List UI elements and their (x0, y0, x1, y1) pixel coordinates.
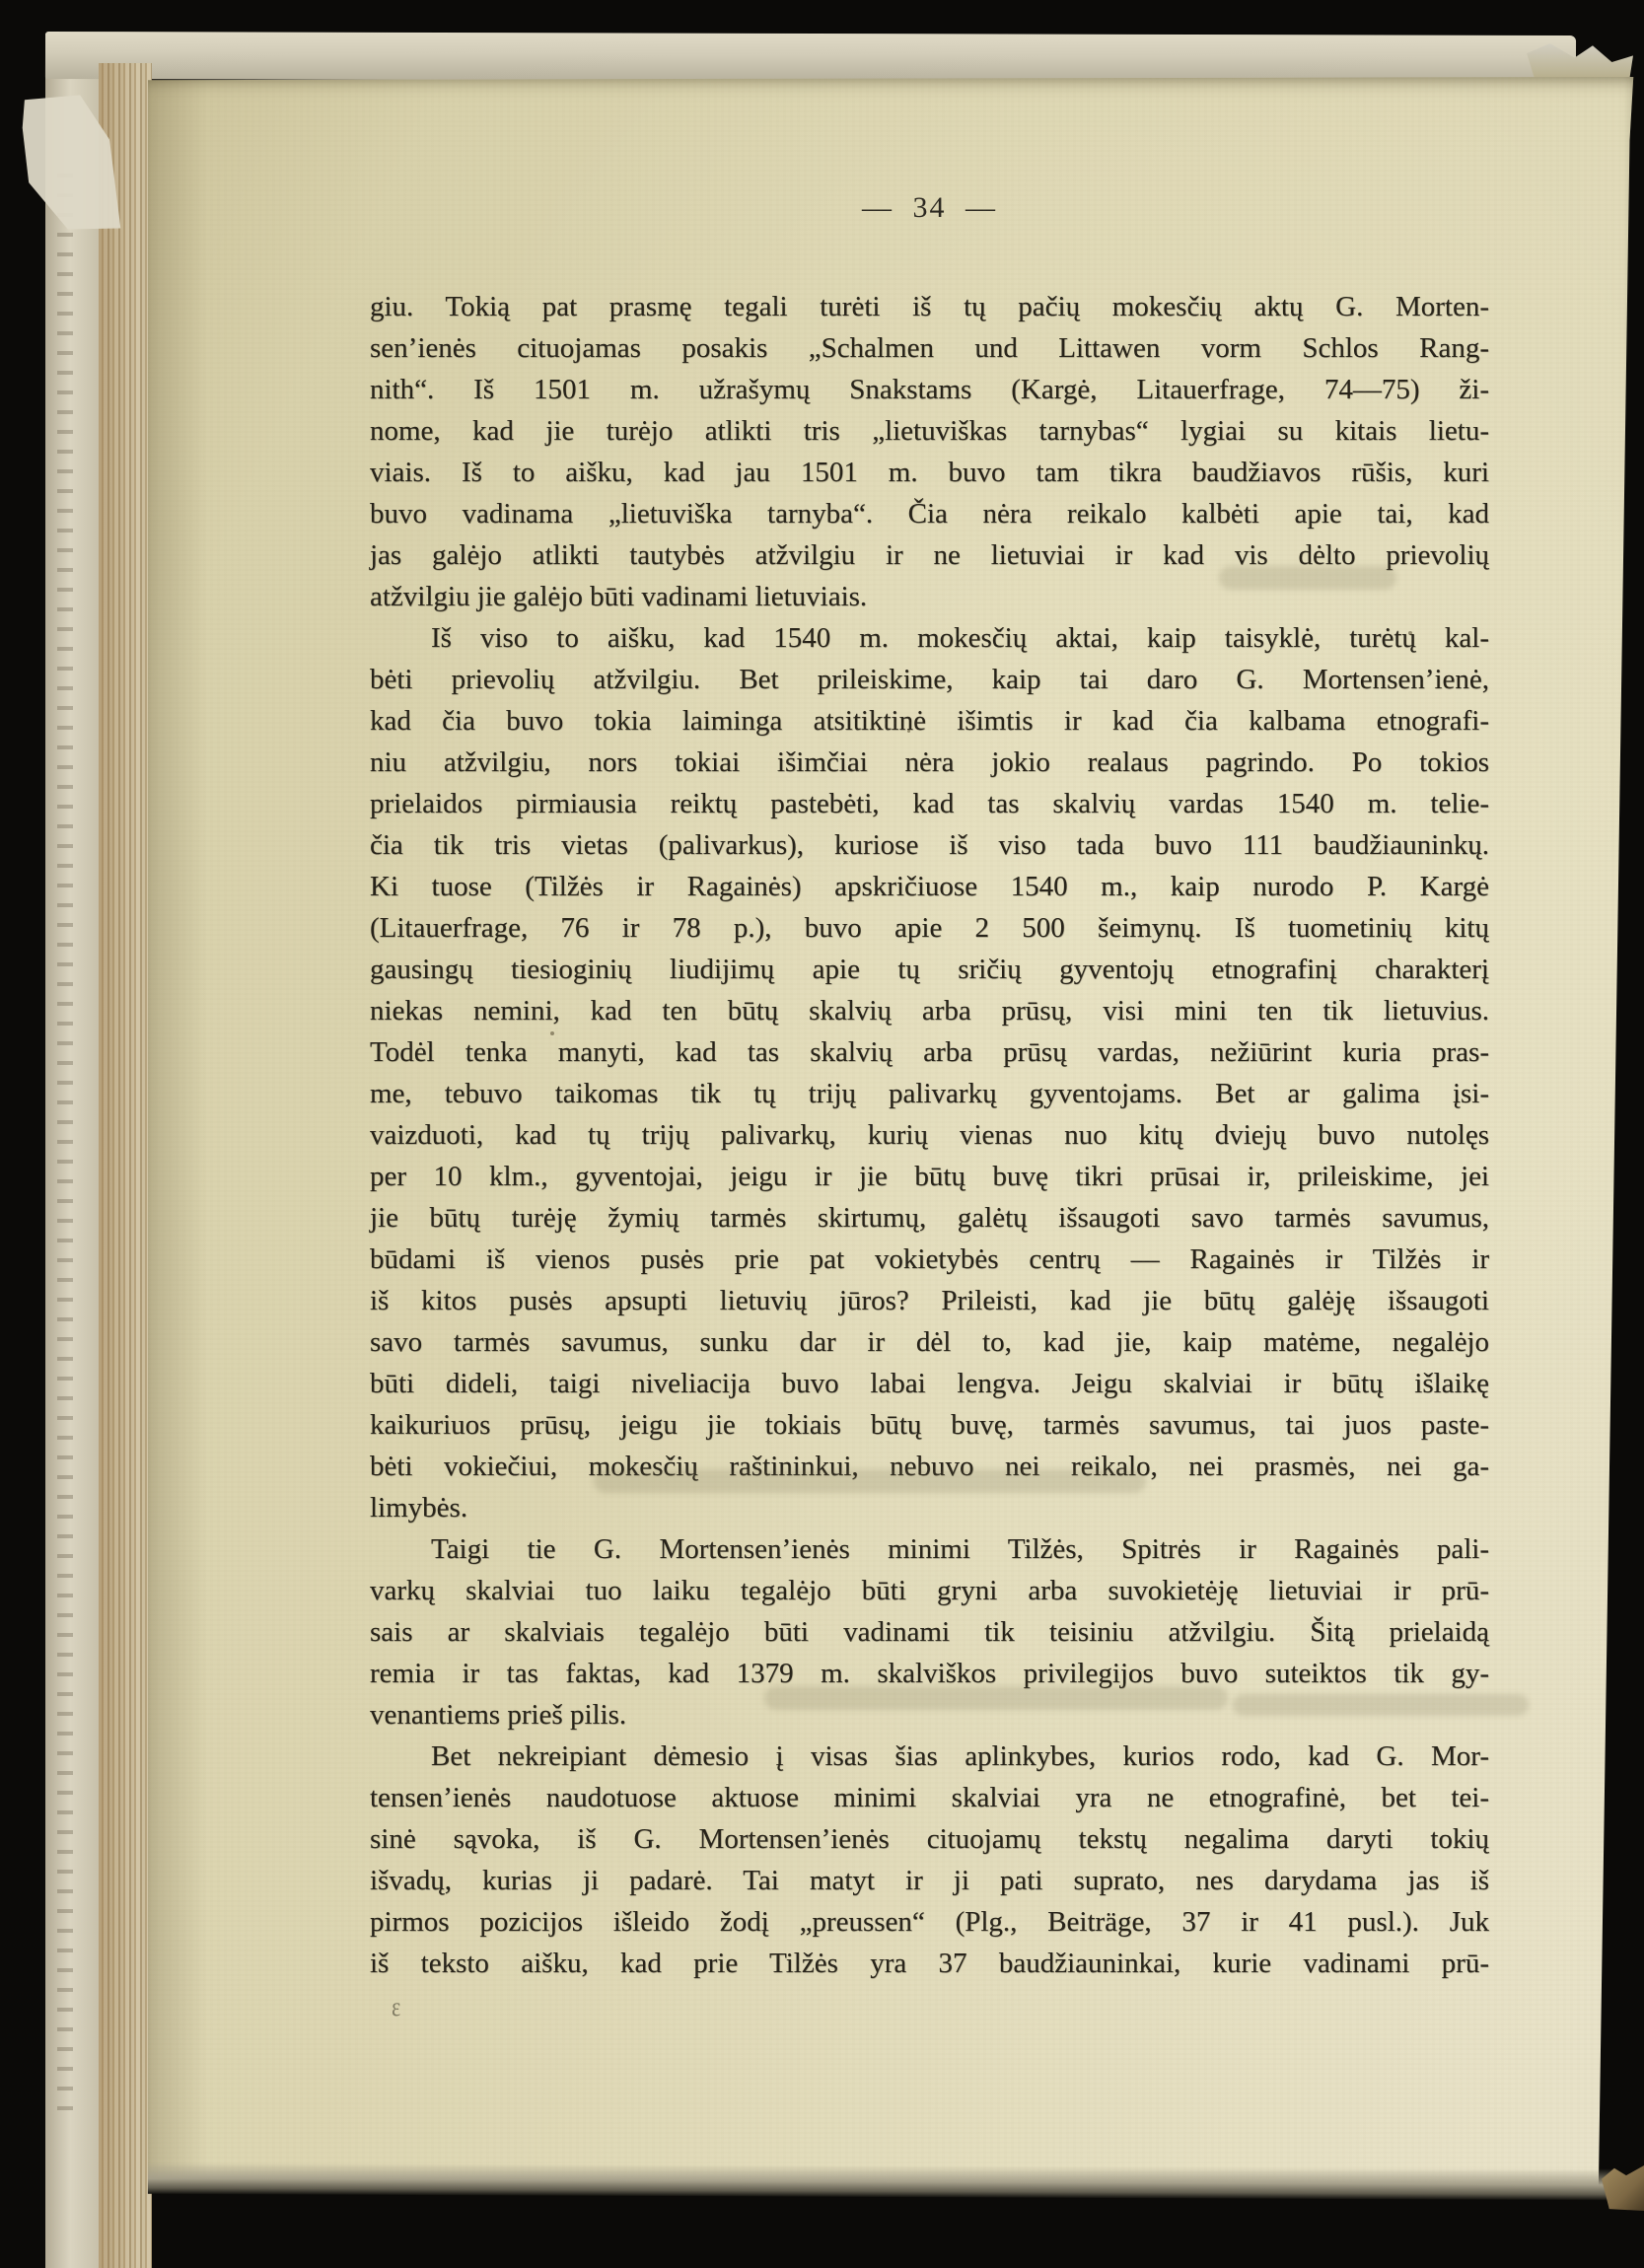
text-line: tensen’ienės naudotuose aktuose minimi s… (370, 1777, 1489, 1818)
text-line: būti dideli, taigi niveliacija buvo laba… (370, 1363, 1489, 1404)
text-line: vaizduoti, kad tų trijų palivarkų, kurių… (370, 1114, 1489, 1156)
paper-speck (550, 1031, 554, 1035)
paper-speck (907, 730, 910, 733)
text-line: niekas nemini, kad ten būtų skalvių arba… (370, 990, 1489, 1031)
text-line: bėti prievolių atžvilgiu. Bet prileiskim… (370, 659, 1489, 700)
show-through-smudge (1219, 566, 1396, 590)
text-line: varkų skalviai tuo laiku tegalėjo būti g… (370, 1570, 1489, 1611)
text-line: kaikuriuos prūsų, jeigu jie tokiais būtų… (370, 1404, 1489, 1446)
show-through-smudge (594, 1469, 1146, 1493)
text-line: nith“. Iš 1501 m. užrašymų Snakstams (Ka… (370, 369, 1489, 410)
text-line: pirmos pozicijos išleido žodį „preussen“… (370, 1901, 1489, 1943)
signature-mark: ε (392, 1992, 400, 2022)
text-line: buvo vadinama „lietuviška tarnyba“. Čia … (370, 493, 1489, 534)
text-line: nome, kad jie turėjo atlikti tris „lietu… (370, 410, 1489, 452)
text-line: sen’ienės cituojamas posakis „Schalmen u… (370, 327, 1489, 369)
book-page: — 34 — giu. Tokią pat prasmę tegali turė… (148, 77, 1634, 2193)
text-line: per 10 klm., gyventojai, jeigu ir jie bū… (370, 1156, 1489, 1197)
text-line: giu. Tokią pat prasmę tegali turėti iš t… (370, 286, 1489, 327)
show-through-smudge (764, 1686, 1228, 1710)
text-line: čia tik tris vietas (palivarkus), kurios… (370, 824, 1489, 866)
text-line: me, tebuvo taikomas tik tų trijų palivar… (370, 1073, 1489, 1114)
show-through-smudge (1233, 1694, 1529, 1716)
page-number: — 34 — (370, 191, 1489, 225)
text-line: (Litauerfrage, 76 ir 78 p.), buvo apie 2… (370, 907, 1489, 949)
binding-stitches (57, 158, 73, 2110)
text-line: savo tarmės savumus, sunku dar ir dėl to… (370, 1321, 1489, 1363)
page-stack-edge (99, 63, 152, 2268)
book-cover-edge-left (45, 34, 101, 2268)
text-line: Todėl tenka manyti, kad tas skalvių arba… (370, 1031, 1489, 1073)
text-line: išvadų, kurias ji padarė. Tai matyt ir j… (370, 1860, 1489, 1901)
text-line: iš teksto aišku, kad prie Tilžės yra 37 … (370, 1943, 1489, 1984)
page-bottom-edge-shadow (148, 2162, 1613, 2200)
text-line: prielaidos pirmiausia reiktų pastebėti, … (370, 783, 1489, 824)
text-line: Ki tuose (Tilžės ir Ragainės) apskričiuo… (370, 866, 1489, 907)
paper-speck (1408, 631, 1412, 635)
text-line: viais. Iš to aišku, kad jau 1501 m. buvo… (370, 452, 1489, 493)
text-line: Taigi tie G. Mortensen’ienės minimi Tilž… (370, 1528, 1489, 1570)
text-line: niu atžvilgiu, nors tokiai išimčiai nėra… (370, 742, 1489, 783)
text-line: iš kitos pusės apsupti lietuvių jūros? P… (370, 1280, 1489, 1321)
text-line: limybės. (370, 1487, 1489, 1528)
text-line: būdami iš vienos pusės prie pat vokietyb… (370, 1239, 1489, 1280)
text-line: Bet nekreipiant dėmesio į visas šias apl… (370, 1736, 1489, 1777)
book-scan: — 34 — giu. Tokią pat prasmę tegali turė… (0, 0, 1644, 2268)
text-line: kad čia buvo tokia laiminga atsitiktinė … (370, 700, 1489, 742)
text-line: sinė sąvoka, iš G. Mortensen’ienės cituo… (370, 1818, 1489, 1860)
text-line: sais ar skalviais tegalėjo būti vadinami… (370, 1611, 1489, 1653)
page-text: giu. Tokią pat prasmę tegali turėti iš t… (370, 286, 1489, 1984)
text-line: Iš viso to aišku, kad 1540 m. mokesčių a… (370, 617, 1489, 659)
text-line: jie būtų turėję žymių tarmės skirtumų, g… (370, 1197, 1489, 1239)
book-cover-edge-top (45, 32, 1576, 83)
text-line: gausingų tiesioginių liudijimų apie tų s… (370, 949, 1489, 990)
